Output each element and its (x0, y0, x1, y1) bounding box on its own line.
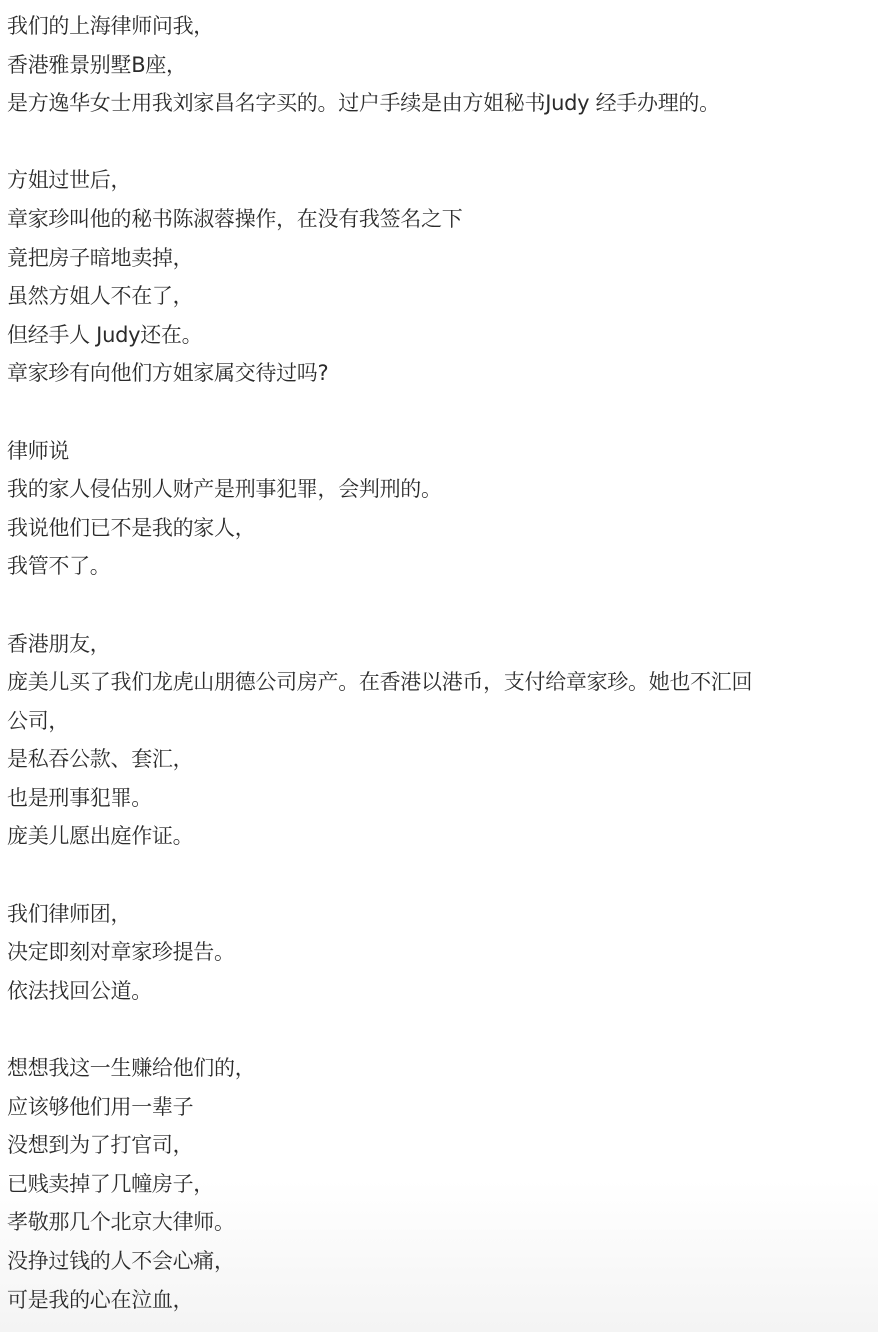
text-line: 想想我这一生赚给他们的， (7, 1049, 877, 1088)
text-line: 虽然方姐人不在了， (7, 277, 877, 316)
text-line: 已贱卖掉了几幢房子， (7, 1165, 877, 1204)
text-line: 我们的上海律师问我， (7, 7, 877, 46)
paragraph-gap (7, 1010, 877, 1049)
text-line: 香港雅景别墅B座， (7, 46, 877, 85)
text-line: 依法找回公道。 (7, 972, 877, 1011)
text-line: 方姐过世后， (7, 161, 877, 200)
text-line: 孝敬那几个北京大律师。 (7, 1203, 877, 1242)
text-line: 我管不了。 (7, 547, 877, 586)
text-line: 没想到为了打官司， (7, 1126, 877, 1165)
text-line: 是方逸华女士用我刘家昌名字买的。过户手续是由方姐秘书Judy 经手办理的。 (7, 84, 877, 123)
text-line: 我说他们已不是我的家人， (7, 509, 877, 548)
paragraph-4: 香港朋友， 庞美儿买了我们龙虎山朋德公司房产。在香港以港币，支付给章家珍。她也不… (7, 625, 877, 857)
paragraph-2: 方姐过世后， 章家珍叫他的秘书陈淑蓉操作，在没有我签名之下 竟把房子暗地卖掉， … (7, 161, 877, 393)
paragraph-gap (7, 586, 877, 625)
text-line: 我们律师团， (7, 895, 877, 934)
text-line: 可是我的心在泣血， (7, 1281, 877, 1320)
paragraph-1: 我们的上海律师问我， 香港雅景别墅B座， 是方逸华女士用我刘家昌名字买的。过户手… (7, 7, 877, 123)
paragraph-6: 想想我这一生赚给他们的， 应该够他们用一辈子 没想到为了打官司， 已贱卖掉了几幢… (7, 1049, 877, 1319)
text-line: 我的家人侵佔别人财产是刑事犯罪，会判刑的。 (7, 470, 877, 509)
text-line: 章家珍叫他的秘书陈淑蓉操作，在没有我签名之下 (7, 200, 877, 239)
text-line: 没挣过钱的人不会心痛， (7, 1242, 877, 1281)
text-line: 律师说 (7, 432, 877, 471)
text-line: 章家珍有向他们方姐家属交待过吗? (7, 354, 877, 393)
paragraph-5: 我们律师团， 决定即刻对章家珍提告。 依法找回公道。 (7, 895, 877, 1011)
paragraph-gap (7, 856, 877, 895)
text-line: 竟把房子暗地卖掉， (7, 239, 877, 278)
text-line: 是私吞公款、套汇， (7, 740, 877, 779)
text-line: 决定即刻对章家珍提告。 (7, 933, 877, 972)
paragraph-gap (7, 393, 877, 432)
paragraph-gap (7, 123, 877, 162)
text-line: 公司， (7, 702, 877, 741)
text-line: 庞美儿愿出庭作证。 (7, 817, 877, 856)
text-line: 香港朋友， (7, 625, 877, 664)
paragraph-3: 律师说 我的家人侵佔别人财产是刑事犯罪，会判刑的。 我说他们已不是我的家人， 我… (7, 432, 877, 586)
text-line: 应该够他们用一辈子 (7, 1088, 877, 1127)
text-line: 也是刑事犯罪。 (7, 779, 877, 818)
document-body: 我们的上海律师问我， 香港雅景别墅B座， 是方逸华女士用我刘家昌名字买的。过户手… (7, 7, 877, 1319)
text-line: 但经手人 Judy还在。 (7, 316, 877, 355)
text-line: 庞美儿买了我们龙虎山朋德公司房产。在香港以港币，支付给章家珍。她也不汇回 (7, 663, 877, 702)
